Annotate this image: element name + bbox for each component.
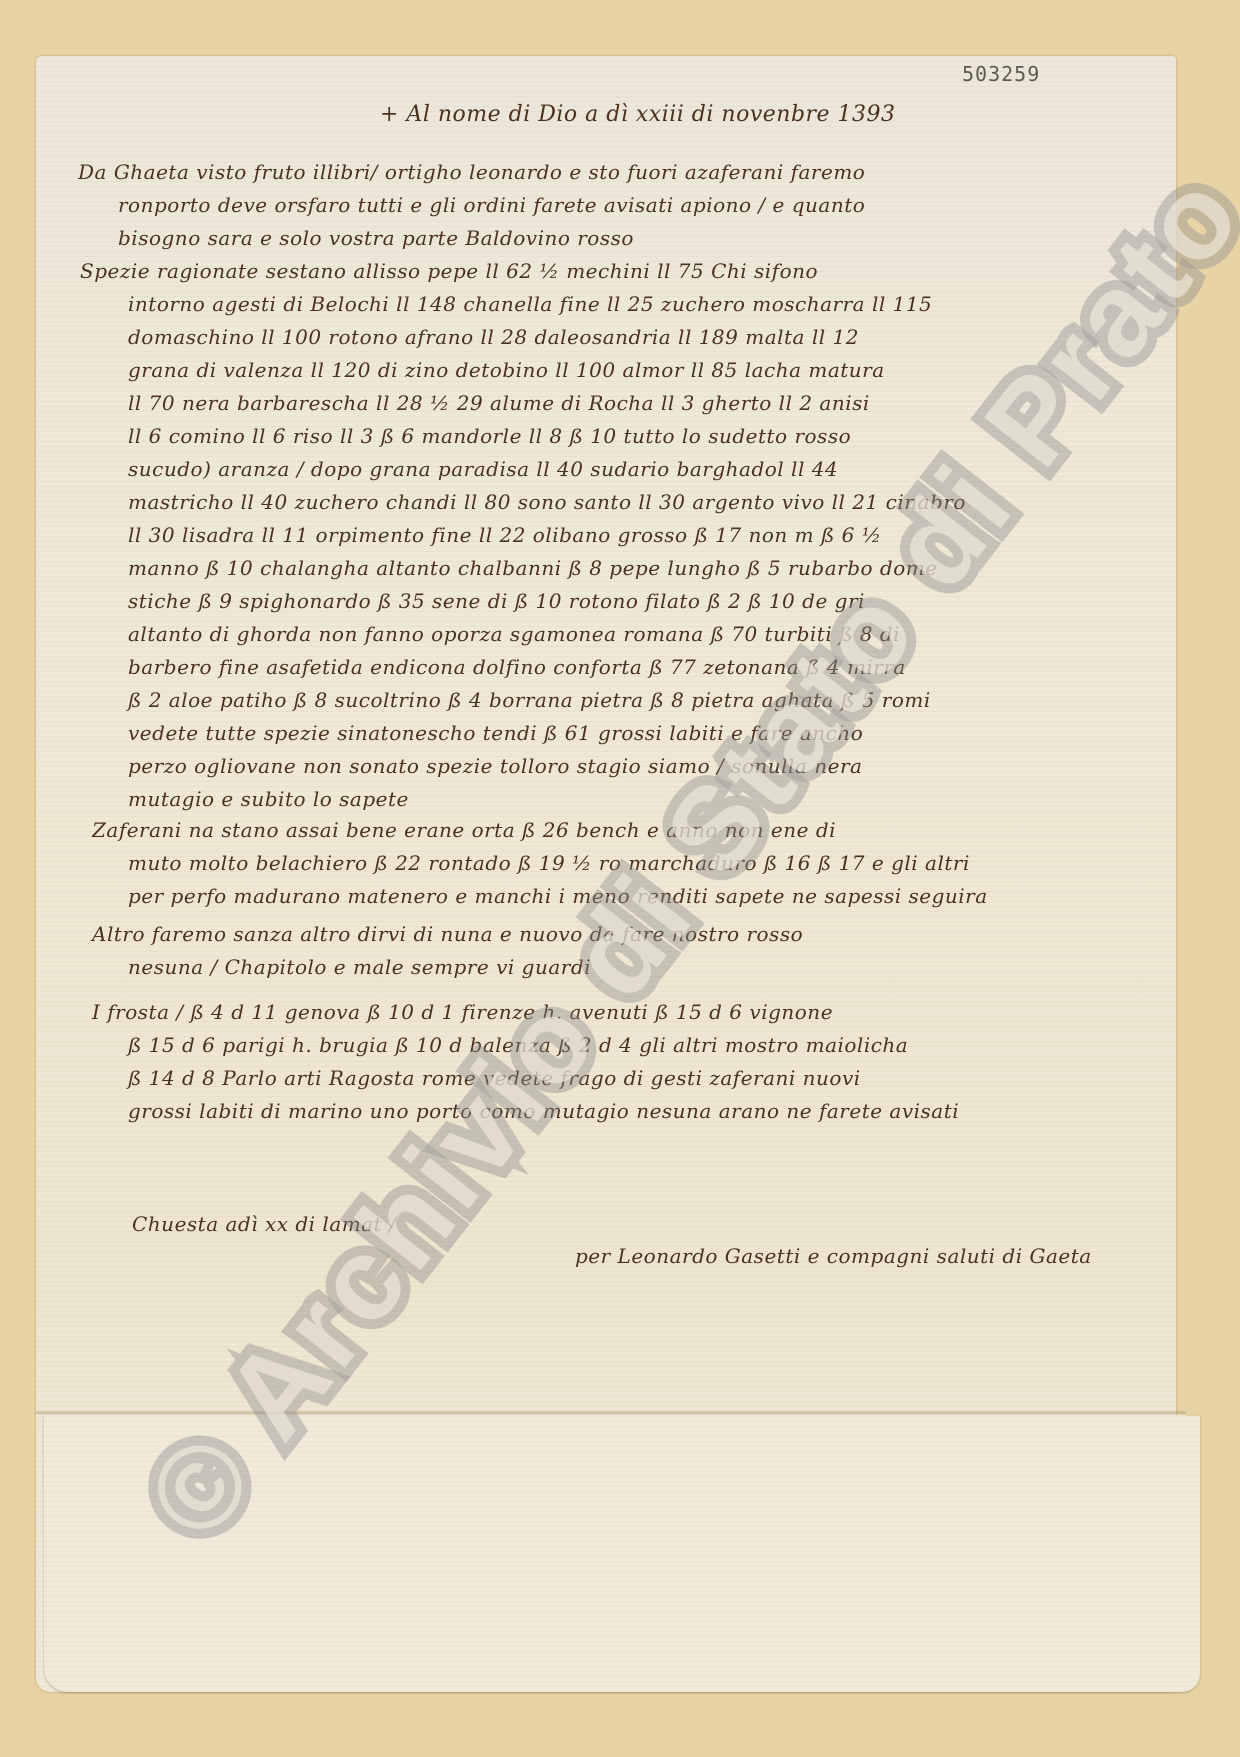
text-line: Da Ghaeta visto fruto illibri/ ortigho l… bbox=[78, 160, 865, 184]
letter-heading: + Al nome di Dio a dì xxiii di novenbre … bbox=[380, 102, 896, 127]
text-line: ll 30 lisadra ll 11 orpimento fine ll 22… bbox=[128, 523, 882, 547]
text-line: barbero fine asafetida endicona dolfino … bbox=[128, 655, 906, 679]
text-line: vedete tutte spezie sinatonescho tendi ß… bbox=[128, 721, 863, 745]
text-line: ronporto deve orsfaro tutti e gli ordini… bbox=[118, 193, 865, 217]
text-line: Spezie ragionate sestano allisso pepe ll… bbox=[80, 259, 818, 283]
text-line: ß 2 aloe patiho ß 8 sucoltrino ß 4 borra… bbox=[128, 688, 931, 712]
closing-line: Chuesta adì xx di lamat / bbox=[132, 1212, 396, 1236]
text-line: grossi labiti di marino uno porto como m… bbox=[128, 1099, 959, 1123]
text-line: muto molto belachiero ß 22 rontado ß 19 … bbox=[128, 851, 970, 875]
text-line: altanto di ghorda non fanno oporza sgamo… bbox=[128, 622, 900, 646]
text-line: ll 70 nera barbarescha ll 28 ½ 29 alume … bbox=[128, 391, 870, 415]
manuscript-text: + Al nome di Dio a dì xxiii di novenbre … bbox=[0, 0, 1240, 1757]
text-line: mastricho ll 40 zuchero chandi ll 80 son… bbox=[128, 490, 966, 514]
text-line: ß 14 d 8 Parlo arti Ragosta rome vedete … bbox=[128, 1066, 861, 1090]
text-line: manno ß 10 chalangha altanto chalbanni ß… bbox=[128, 556, 938, 580]
text-line: grana di valenza ll 120 di zino detobino… bbox=[128, 358, 885, 382]
text-line: domaschino ll 100 rotono afrano ll 28 da… bbox=[128, 325, 859, 349]
text-line: Altro faremo sanza altro dirvi di nuna e… bbox=[92, 922, 803, 946]
text-line: sucudo) aranza / dopo grana paradisa ll … bbox=[128, 457, 838, 481]
signature: per Leonardo Gasetti e compagni saluti d… bbox=[575, 1244, 1092, 1268]
text-line: Zaferani na stano assai bene erane orta … bbox=[92, 818, 836, 842]
text-line: ll 6 comino ll 6 riso ll 3 ß 6 mandorle … bbox=[128, 424, 851, 448]
text-line: mutagio e subito lo sapete bbox=[128, 787, 409, 811]
text-line: I frosta / ß 4 d 11 genova ß 10 d 1 fire… bbox=[92, 1000, 833, 1024]
text-line: stiche ß 9 spighonardo ß 35 sene di ß 10… bbox=[128, 589, 865, 613]
text-line: per perfo madurano matenero e manchi i m… bbox=[128, 884, 988, 908]
text-line: intorno agesti di Belochi ll 148 chanell… bbox=[128, 292, 932, 316]
text-line: ß 15 d 6 parigi h. brugia ß 10 d balenza… bbox=[128, 1033, 908, 1057]
text-line: perzo ogliovane non sonato spezie tollor… bbox=[128, 754, 862, 778]
text-line: bisogno sara e solo vostra parte Baldovi… bbox=[118, 226, 634, 250]
text-line: nesuna / Chapitolo e male sempre vi guar… bbox=[128, 955, 591, 979]
